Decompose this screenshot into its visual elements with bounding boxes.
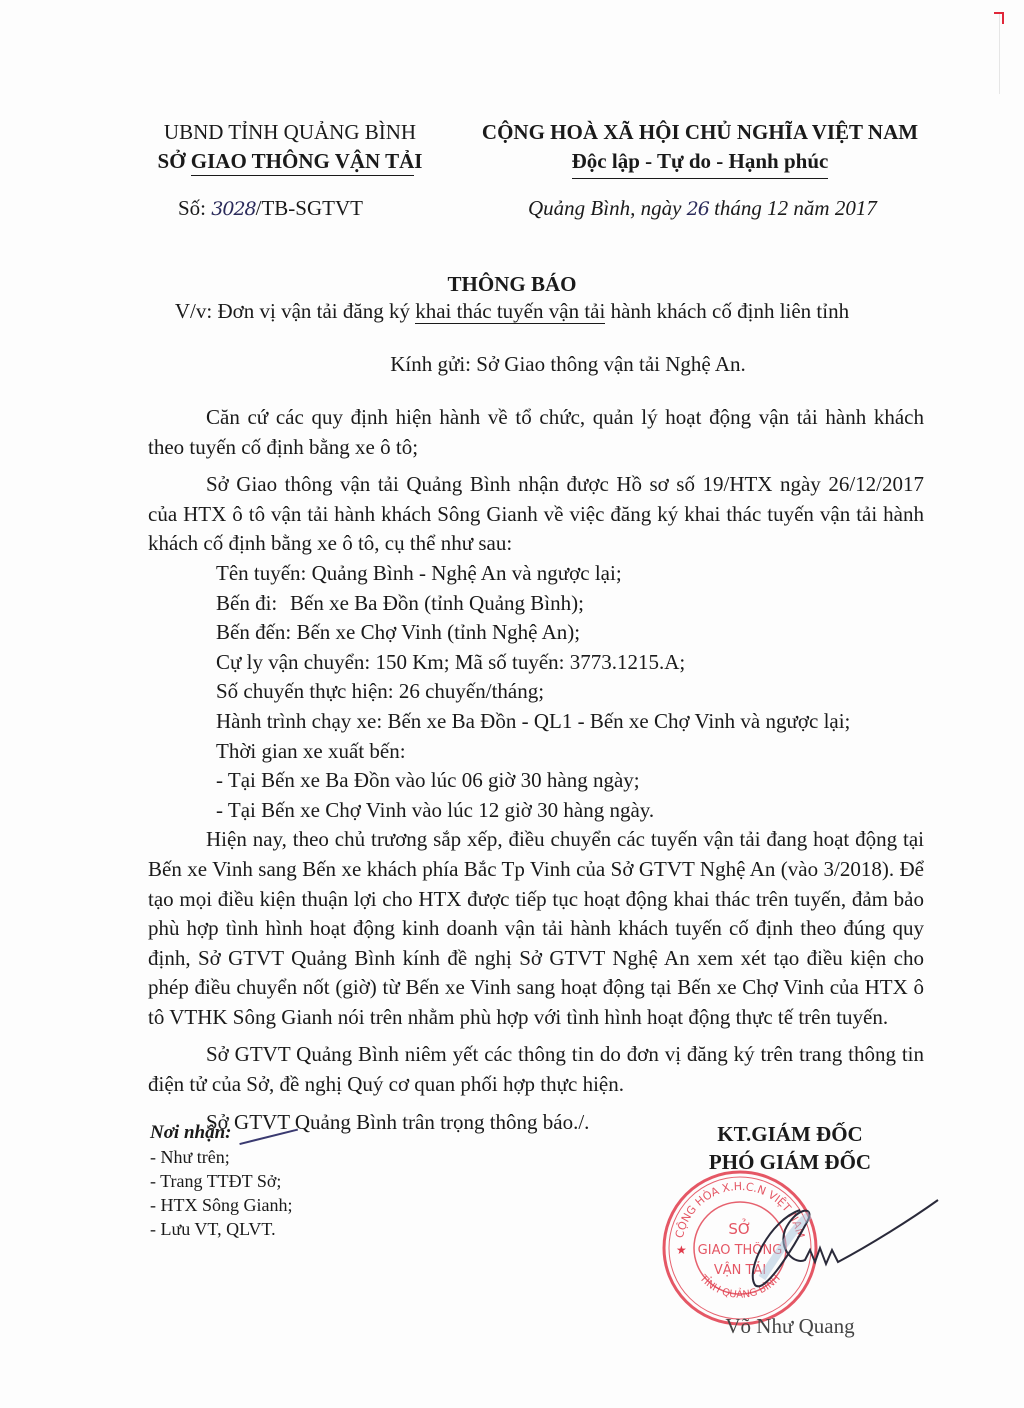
document-page: UBND TỈNH QUẢNG BÌNH SỞ GIAO THÔNG VẬN T… bbox=[0, 0, 1024, 1408]
date-line: Quảng Bình, ngày 26 tháng 12 năm 2017 bbox=[528, 196, 877, 221]
departure-station: Bến đi:Bến xe Ba Đồn (tỉnh Quảng Bình); bbox=[216, 589, 924, 619]
distance-and-code: Cự ly vận chuyển: 150 Km; Mã số tuyến: 3… bbox=[216, 648, 924, 678]
schedule-item: - Tại Bến xe Chợ Vinh vào lúc 12 giờ 30 … bbox=[216, 796, 924, 826]
handwritten-number: 3028 bbox=[211, 198, 255, 220]
document-subject: V/v: Đơn vị vận tải đăng ký khai thác tu… bbox=[0, 299, 1024, 324]
document-number: Số: 3028/TB-SGTVT bbox=[178, 196, 363, 221]
corner-mark bbox=[994, 12, 1004, 24]
paragraph-application: Sở Giao thông vận tải Quảng Bình nhận đư… bbox=[148, 470, 924, 559]
recipients-block: Nơi nhận: - Như trên; - Trang TTĐT Sở; -… bbox=[150, 1120, 297, 1241]
paragraph-legal-basis: Căn cứ các quy định hiện hành về tổ chức… bbox=[148, 403, 924, 462]
svg-text:★: ★ bbox=[676, 1243, 687, 1257]
schedule-item: - Tại Bến xe Ba Đồn vào lúc 06 giờ 30 hà… bbox=[216, 766, 924, 796]
recipient-item: - HTX Sông Gianh; bbox=[150, 1193, 297, 1217]
national-motto: Độc lập - Tự do - Hạnh phúc bbox=[572, 147, 829, 179]
recipient-item: - Trang TTĐT Sở; bbox=[150, 1169, 297, 1193]
scan-edge bbox=[999, 14, 1000, 94]
handwritten-day: 26 bbox=[687, 198, 709, 220]
authority-line-2: SỞ GIAO THÔNG VẬN TẢI bbox=[140, 147, 440, 176]
recipient-item: - Lưu VT, QLVT. bbox=[150, 1217, 297, 1241]
authority-line-1: UBND TỈNH QUẢNG BÌNH bbox=[140, 118, 440, 147]
route-details: Tên tuyến: Quảng Bình - Nghệ An và ngược… bbox=[148, 559, 924, 825]
recipient-item: - Như trên; bbox=[150, 1145, 297, 1169]
addressee: Kính gửi: Sở Giao thông vận tải Nghệ An. bbox=[0, 352, 1024, 377]
itinerary: Hành trình chạy xe: Bến xe Ba Đồn - QL1 … bbox=[216, 707, 924, 737]
signer-name: Võ Như Quang bbox=[640, 1314, 940, 1339]
document-title: THÔNG BÁO bbox=[0, 272, 1024, 297]
route-name: Tên tuyến: Quảng Bình - Nghệ An và ngược… bbox=[216, 559, 924, 589]
national-header: CỘNG HOÀ XÃ HỘI CHỦ NGHĨA VIỆT NAM Độc l… bbox=[460, 118, 940, 179]
paragraph-publication: Sở GTVT Quảng Bình niêm yết các thông ti… bbox=[148, 1040, 924, 1099]
signature-icon bbox=[740, 1190, 940, 1300]
arrival-station: Bến đến: Bến xe Chợ Vinh (tỉnh Nghệ An); bbox=[216, 618, 924, 648]
country-name: CỘNG HOÀ XÃ HỘI CHỦ NGHĨA VIỆT NAM bbox=[460, 118, 940, 147]
schedule-label: Thời gian xe xuất bến: bbox=[216, 737, 924, 767]
initial-mark-icon bbox=[236, 1115, 298, 1145]
recipients-label: Nơi nhận: bbox=[150, 1122, 231, 1143]
trip-count: Số chuyến thực hiện: 26 chuyến/tháng; bbox=[216, 677, 924, 707]
issuing-authority: UBND TỈNH QUẢNG BÌNH SỞ GIAO THÔNG VẬN T… bbox=[140, 118, 440, 176]
document-body: Căn cứ các quy định hiện hành về tổ chức… bbox=[148, 403, 924, 1137]
paragraph-request: Hiện nay, theo chủ trương sắp xếp, điều … bbox=[148, 825, 924, 1032]
